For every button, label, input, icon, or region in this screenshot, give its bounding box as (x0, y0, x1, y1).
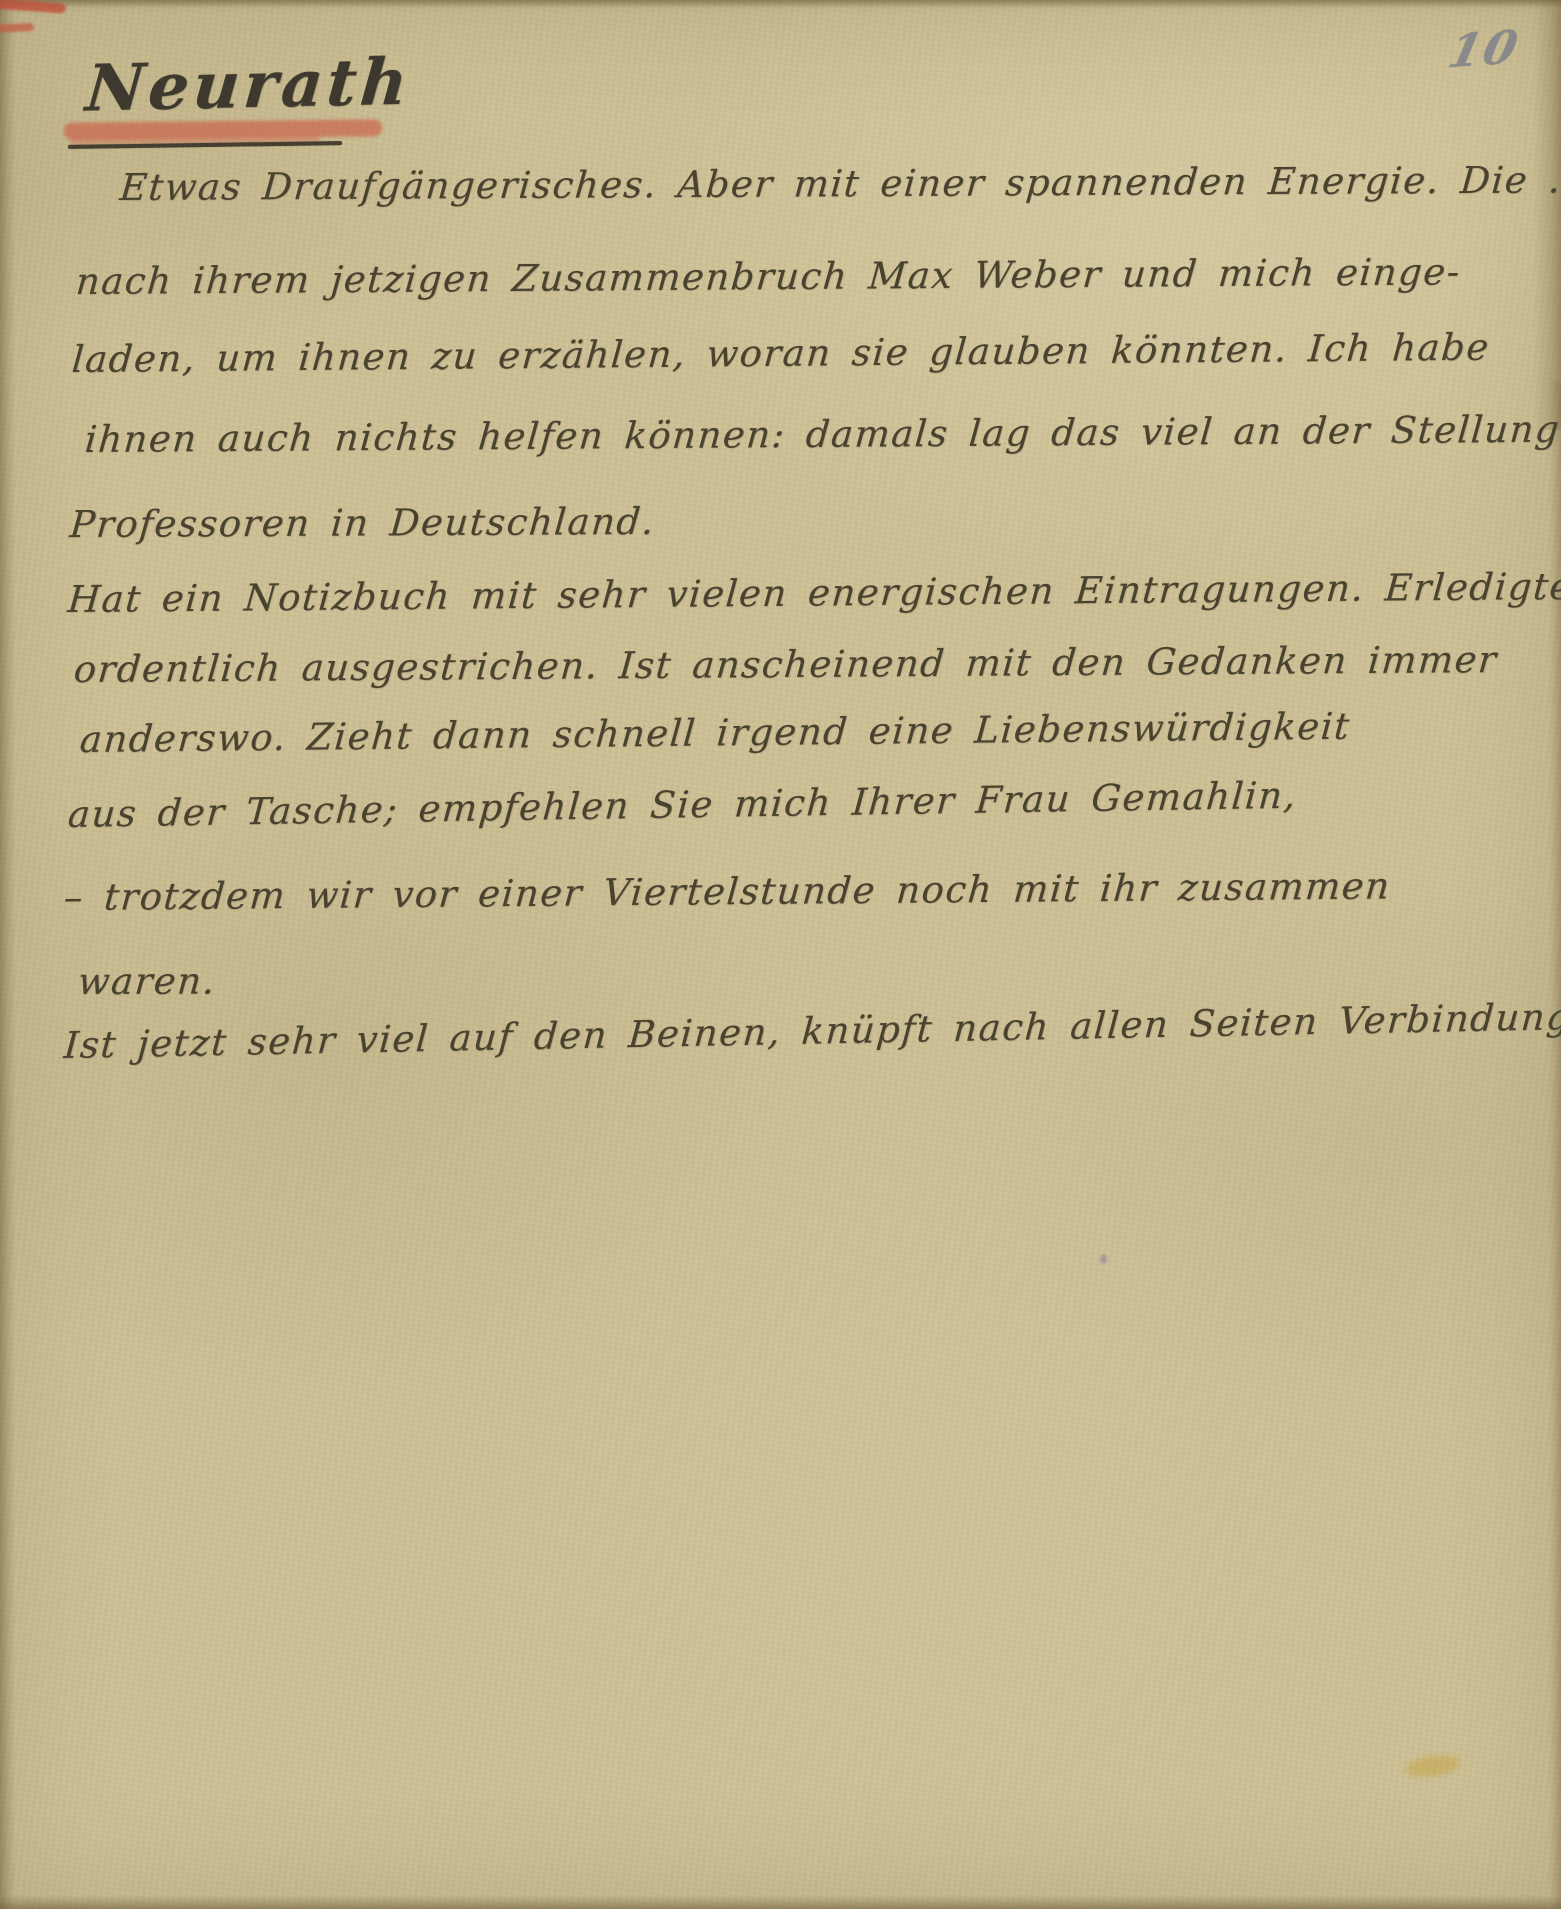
handwritten-line: waren. (76, 960, 218, 1003)
page-title: Neurath (83, 45, 414, 127)
handwritten-line: ihnen auch nichts helfen können: damals … (83, 407, 1561, 461)
yellow-smudge (1405, 1752, 1461, 1779)
handwritten-line: Ist jetzt sehr viel auf den Beinen, knüp… (63, 993, 1561, 1067)
red-crayon-mark (0, 23, 34, 33)
notebook-page: 10 Neurath Etwas Draufgängerisches. Aber… (0, 0, 1561, 1909)
handwritten-line: anderswo. Zieht dann schnell irgend eine… (78, 705, 1352, 761)
handwritten-line: nach ihrem jetzigen Zusammenbruch Max We… (74, 250, 1462, 303)
handwritten-line: aus der Tasche; empfehlen Sie mich Ihrer… (66, 774, 1298, 836)
handwritten-line: Professoren in Deutschland. (68, 500, 657, 546)
handwritten-line: Hat ein Notizbuch mit sehr vielen energi… (66, 565, 1561, 621)
page-edge-right (1533, 0, 1561, 430)
handwritten-line: – trotzdem wir vor einer Viertelstunde n… (62, 864, 1392, 919)
page-edge-top (0, 0, 1561, 8)
page-edge-right-lower (1549, 380, 1561, 1909)
page-edge-bottom (0, 1895, 1561, 1909)
handwritten-line: laden, um ihnen zu erzählen, woran sie g… (70, 326, 1491, 381)
page-number: 10 (1444, 20, 1525, 79)
ink-speck (1100, 1254, 1107, 1264)
handwritten-line: Etwas Draufgängerisches. Aber mit einer … (118, 158, 1561, 209)
handwritten-line: ordentlich ausgestrichen. Ist anscheinen… (72, 638, 1499, 691)
page-edge-left (0, 0, 16, 1909)
